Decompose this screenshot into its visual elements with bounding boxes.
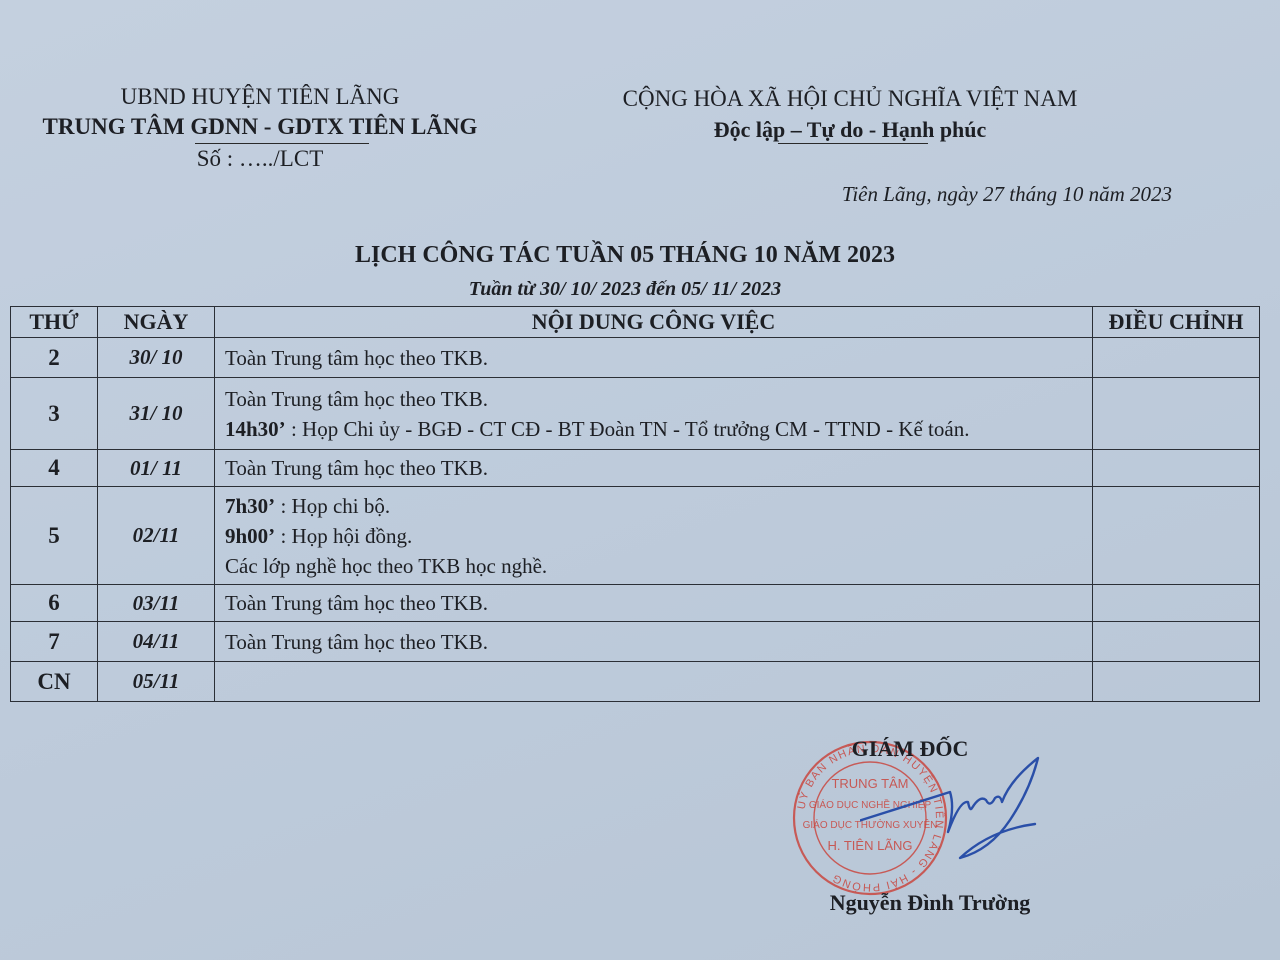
national-motto: Độc lập – Tự do - Hạnh phúc — [600, 114, 1100, 146]
cell-adjustment — [1093, 450, 1260, 487]
cell-date: 03/11 — [98, 585, 215, 622]
table-row: CN05/11 — [11, 662, 1260, 702]
content-line: 14h30’ : Họp Chi ủy - BGĐ - CT CĐ - BT Đ… — [225, 414, 1082, 444]
cell-adjustment — [1093, 662, 1260, 702]
cell-content: Toàn Trung tâm học theo TKB. — [215, 585, 1093, 622]
cell-day: 4 — [11, 450, 98, 487]
cell-content: Toàn Trung tâm học theo TKB.14h30’ : Họp… — [215, 378, 1093, 450]
content-line: Toàn Trung tâm học theo TKB. — [225, 384, 1082, 414]
place-date: Tiên Lãng, ngày 27 tháng 10 năm 2023 — [700, 182, 1172, 207]
content-line: Toàn Trung tâm học theo TKB. — [225, 627, 1082, 657]
schedule-table: THỨ NGÀY NỘI DUNG CÔNG VIỆC ĐIỀU CHỈNH 2… — [10, 306, 1260, 702]
organization-name: TRUNG TÂM GDNN - GDTX TIÊN LÃNG — [20, 112, 500, 142]
cell-content: Toàn Trung tâm học theo TKB. — [215, 450, 1093, 487]
table-row: 230/ 10Toàn Trung tâm học theo TKB. — [11, 338, 1260, 378]
signatory-title: GIÁM ĐỐC — [830, 736, 990, 762]
content-text: : Họp hội đồng. — [275, 524, 412, 548]
cell-date: 04/11 — [98, 622, 215, 662]
content-line: 9h00’ : Họp hội đồng. — [225, 521, 1082, 551]
content-text: Toàn Trung tâm học theo TKB. — [225, 456, 488, 480]
cell-day: 3 — [11, 378, 98, 450]
content-text: : Họp chi bộ. — [275, 494, 390, 518]
national-header: CỘNG HÒA XÃ HỘI CHỦ NGHĨA VIỆT NAM Độc l… — [600, 84, 1100, 144]
cell-day: 7 — [11, 622, 98, 662]
signatory-name: Nguyễn Đình Trường — [800, 890, 1060, 916]
cell-day: 6 — [11, 585, 98, 622]
content-line: Toàn Trung tâm học theo TKB. — [225, 453, 1082, 483]
table-row: 704/11Toàn Trung tâm học theo TKB. — [11, 622, 1260, 662]
cell-day: 5 — [11, 487, 98, 585]
header-day: THỨ — [11, 307, 98, 338]
content-text: Toàn Trung tâm học theo TKB. — [225, 630, 488, 654]
content-text: Toàn Trung tâm học theo TKB. — [225, 591, 488, 615]
document-number: Số : …../LCT — [20, 146, 500, 172]
cell-adjustment — [1093, 338, 1260, 378]
content-text: : Họp Chi ủy - BGĐ - CT CĐ - BT Đoàn TN … — [286, 417, 970, 441]
header-date: NGÀY — [98, 307, 215, 338]
cell-adjustment — [1093, 585, 1260, 622]
content-line: Các lớp nghề học theo TKB học nghề. — [225, 551, 1082, 581]
document-title: LỊCH CÔNG TÁC TUẦN 05 THÁNG 10 NĂM 2023 — [200, 242, 1050, 269]
cell-adjustment — [1093, 622, 1260, 662]
header-content: NỘI DUNG CÔNG VIỆC — [215, 307, 1093, 338]
country-name: CỘNG HÒA XÃ HỘI CHỦ NGHĨA VIỆT NAM — [600, 84, 1100, 114]
header-adjustment: ĐIỀU CHỈNH — [1093, 307, 1260, 338]
cell-date: 02/11 — [98, 487, 215, 585]
cell-date: 31/ 10 — [98, 378, 215, 450]
cell-adjustment — [1093, 378, 1260, 450]
table-row: 331/ 10Toàn Trung tâm học theo TKB.14h30… — [11, 378, 1260, 450]
cell-date: 01/ 11 — [98, 450, 215, 487]
content-line: Toàn Trung tâm học theo TKB. — [225, 343, 1082, 373]
time-label: 7h30’ — [225, 494, 275, 518]
cell-date: 30/ 10 — [98, 338, 215, 378]
content-line: Toàn Trung tâm học theo TKB. — [225, 588, 1082, 618]
content-text: Toàn Trung tâm học theo TKB. — [225, 387, 488, 411]
content-text: Các lớp nghề học theo TKB học nghề. — [225, 554, 547, 578]
time-label: 9h00’ — [225, 524, 275, 548]
table-header-row: THỨ NGÀY NỘI DUNG CÔNG VIỆC ĐIỀU CHỈNH — [11, 307, 1260, 338]
signature-icon — [860, 750, 1050, 860]
cell-content: Toàn Trung tâm học theo TKB. — [215, 338, 1093, 378]
content-line: 7h30’ : Họp chi bộ. — [225, 491, 1082, 521]
content-text: Toàn Trung tâm học theo TKB. — [225, 346, 488, 370]
cell-day: 2 — [11, 338, 98, 378]
authority-name: UBND HUYỆN TIÊN LÃNG — [20, 82, 500, 112]
table-row: 401/ 11Toàn Trung tâm học theo TKB. — [11, 450, 1260, 487]
cell-content: 7h30’ : Họp chi bộ.9h00’ : Họp hội đồng.… — [215, 487, 1093, 585]
cell-adjustment — [1093, 487, 1260, 585]
cell-content — [215, 662, 1093, 702]
document-subtitle: Tuần từ 30/ 10/ 2023 đến 05/ 11/ 2023 — [200, 278, 1050, 301]
header-underline — [195, 143, 369, 144]
table-row: 502/117h30’ : Họp chi bộ.9h00’ : Họp hội… — [11, 487, 1260, 585]
cell-day: CN — [11, 662, 98, 702]
issuer-header: UBND HUYỆN TIÊN LÃNG TRUNG TÂM GDNN - GD… — [20, 82, 500, 172]
cell-date: 05/11 — [98, 662, 215, 702]
time-label: 14h30’ — [225, 417, 286, 441]
table-row: 603/11Toàn Trung tâm học theo TKB. — [11, 585, 1260, 622]
cell-content: Toàn Trung tâm học theo TKB. — [215, 622, 1093, 662]
